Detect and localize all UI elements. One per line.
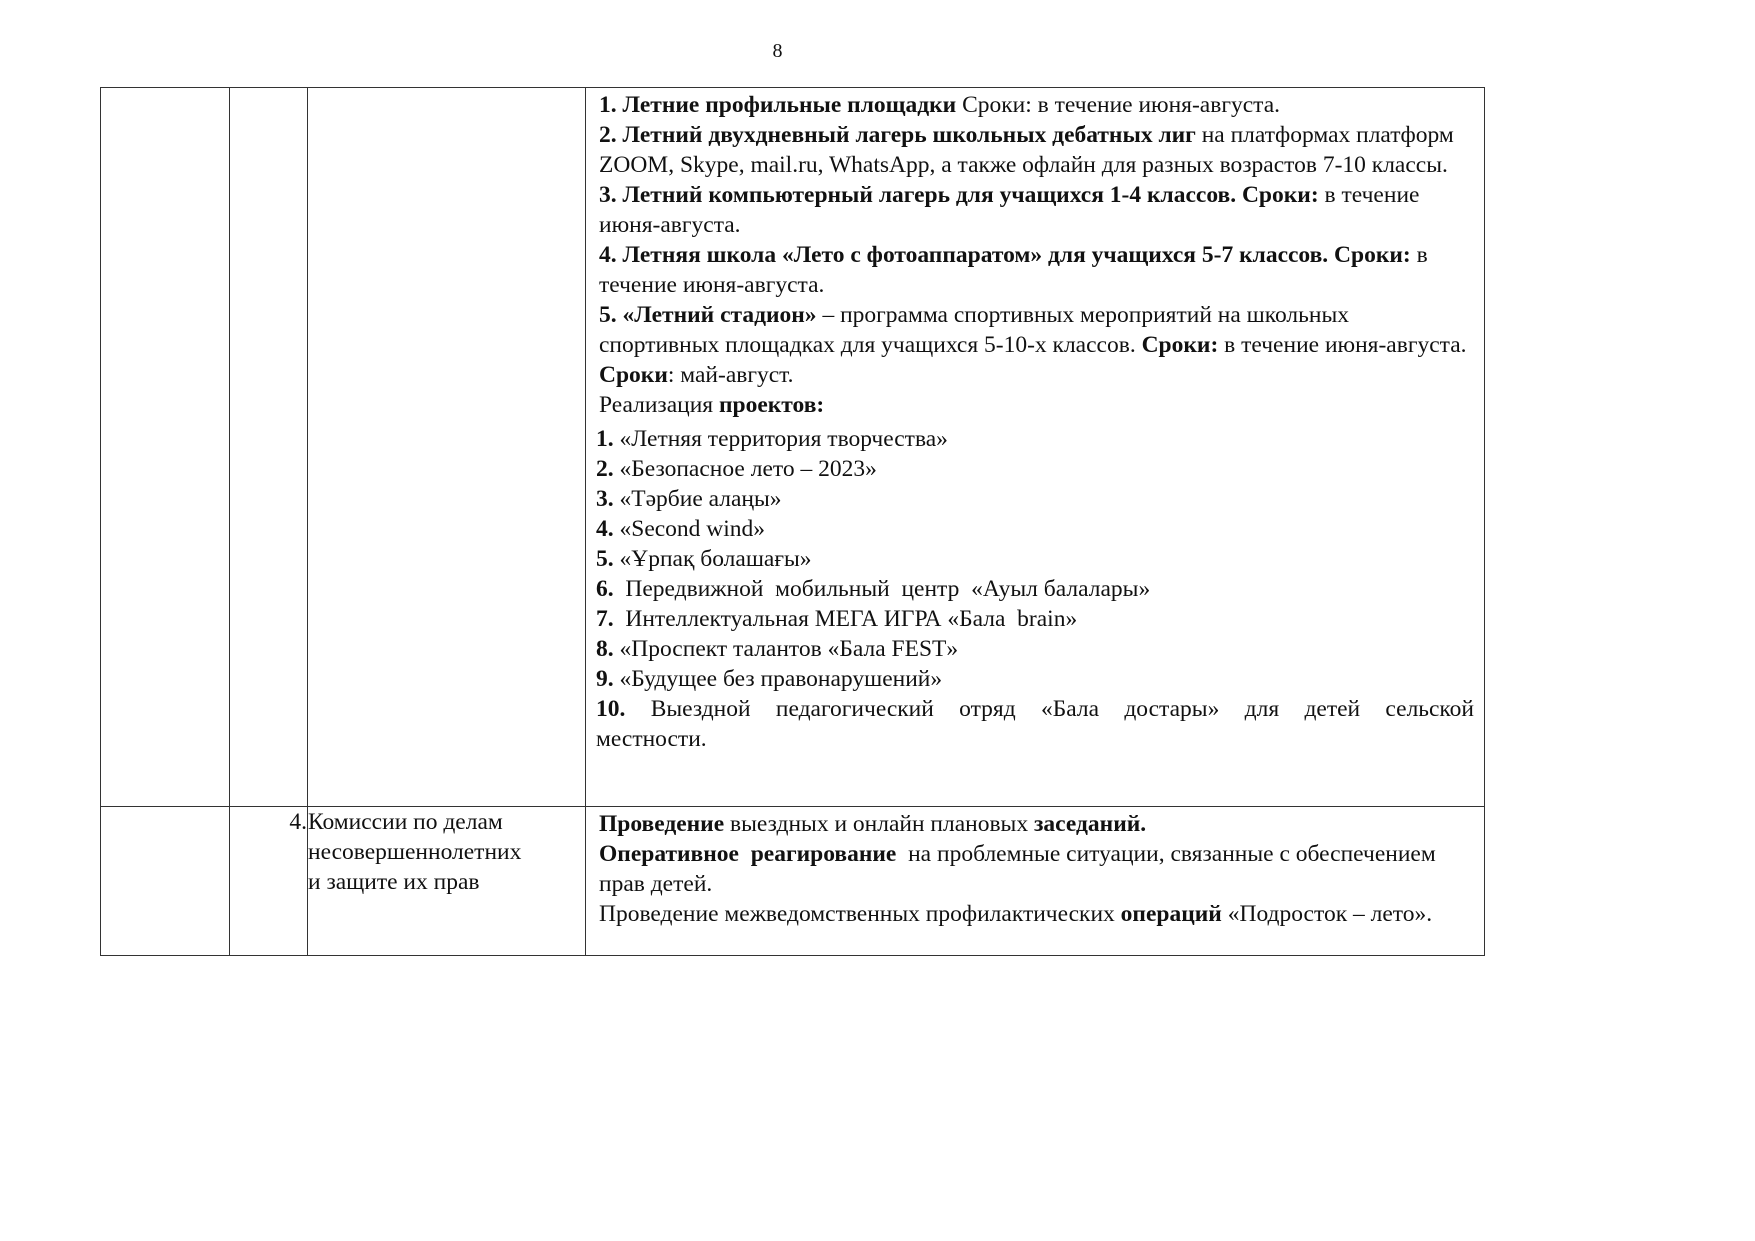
activities-table: 1. Летние профильные площадки Сроки: в т… — [100, 87, 1485, 956]
project-item: 4. «Second wind» — [596, 514, 1474, 544]
project-item: 8. «Проспект талантов «Бала FEST» — [596, 634, 1474, 664]
activity-text: «Подросток – лето». — [1222, 901, 1432, 927]
program-title: 4. Летняя школа «Лето с фотоаппаратом» д… — [599, 242, 1411, 268]
projects-intro-bold: проектов: — [719, 392, 824, 418]
program-terms-label: Сроки: — [1142, 332, 1219, 358]
program-text: Сроки: в течение июня-августа. — [956, 92, 1280, 118]
program-terms: в течение июня-августа. — [1218, 332, 1466, 358]
project-item: 10. Выездной педагогический отряд «Бала … — [596, 694, 1474, 754]
program-item: 3. Летний компьютерный лагерь для учащих… — [599, 180, 1474, 240]
table-row: 4. Комиссии по делам несовершеннолетних … — [101, 807, 1485, 956]
page-number: 8 — [0, 40, 1555, 63]
project-title: «Тәрбие алаңы» — [614, 486, 782, 512]
project-title: «Проспект талантов «Бала FEST» — [614, 636, 959, 662]
activity-bold: Проведение — [599, 811, 724, 837]
empty-cell — [101, 807, 230, 956]
programs-content: 1. Летние профильные площадки Сроки: в т… — [586, 88, 1484, 422]
project-title: Интеллектуальная МЕГА ИГРА «Бала brain» — [614, 606, 1078, 632]
project-title-cont: местности. — [596, 724, 1474, 754]
project-number: 10. — [596, 696, 625, 722]
project-title: «Летняя территория творчества» — [614, 426, 948, 452]
project-item: 5. «Ұрпақ болашағы» — [596, 544, 1474, 574]
activity-text: выездных и онлайн плановых — [724, 811, 1034, 837]
project-title: «Ұрпақ болашағы» — [614, 546, 812, 572]
activity-item: Оперативное реагирование на проблемные с… — [599, 839, 1474, 899]
project-title: Передвижной мобильный центр «Ауыл балала… — [614, 576, 1151, 602]
project-item: 9. «Будущее без правонарушений» — [596, 664, 1474, 694]
program-item: 4. Летняя школа «Лето с фотоаппаратом» д… — [599, 240, 1474, 300]
empty-cell — [230, 88, 308, 807]
program-title: 3. Летний компьютерный лагерь для учащих… — [599, 182, 1319, 208]
program-title: 1. Летние профильные площадки — [599, 92, 956, 118]
project-number: 2. — [596, 456, 614, 482]
activity-item: Проведение выездных и онлайн плановых за… — [599, 809, 1474, 839]
program-item: 1. Летние профильные площадки Сроки: в т… — [599, 90, 1474, 120]
row-number: 4. — [230, 807, 308, 956]
projects-intro-text: Реализация — [599, 392, 719, 418]
project-number: 8. — [596, 636, 614, 662]
table-row: 1. Летние профильные площадки Сроки: в т… — [101, 88, 1485, 807]
project-number: 6. — [596, 576, 614, 602]
organization-line: и защите их прав — [308, 867, 585, 897]
project-number: 5. — [596, 546, 614, 572]
activity-bold: заседаний. — [1034, 811, 1146, 837]
project-item: 3. «Тәрбие алаңы» — [596, 484, 1474, 514]
activities-content: Проведение выездных и онлайн плановых за… — [586, 807, 1484, 931]
program-title: 5. «Летний стадион» — [599, 302, 817, 328]
project-number: 7. — [596, 606, 614, 632]
activity-text: Проведение межведомственных профилактиче… — [599, 901, 1121, 927]
activities-cell: Проведение выездных и онлайн плановых за… — [586, 807, 1485, 956]
empty-cell — [308, 88, 586, 807]
project-item: 7. Интеллектуальная МЕГА ИГРА «Бала brai… — [596, 604, 1474, 634]
activity-item: Проведение межведомственных профилактиче… — [599, 899, 1474, 929]
program-item: 5. «Летний стадион» – программа спортивн… — [599, 300, 1474, 360]
terms-line: Сроки: май-август. — [599, 360, 1474, 390]
project-title: «Безопасное лето – 2023» — [614, 456, 877, 482]
project-line: 10. Выездной педагогический отряд «Бала … — [596, 694, 1474, 724]
activity-bold: Оперативное реагирование — [599, 841, 896, 867]
project-item: 1. «Летняя территория творчества» — [596, 424, 1474, 454]
programs-cell: 1. Летние профильные площадки Сроки: в т… — [586, 88, 1485, 807]
terms-label: Сроки — [599, 362, 668, 388]
project-title: Выездной педагогический отряд «Бала дост… — [625, 696, 1474, 722]
project-title: «Будущее без правонарушений» — [614, 666, 943, 692]
terms-value: : май-август. — [668, 362, 794, 388]
organization-line: несовершеннолетних — [308, 837, 585, 867]
program-title: 2. Летний двухдневный лагерь школьных де… — [599, 122, 1196, 148]
projects-list: 1. «Летняя территория творчества» 2. «Бе… — [586, 422, 1484, 756]
project-number: 1. — [596, 426, 614, 452]
project-number: 4. — [596, 516, 614, 542]
project-item: 2. «Безопасное лето – 2023» — [596, 454, 1474, 484]
activity-bold: операций — [1121, 901, 1222, 927]
empty-cell — [101, 88, 230, 807]
organization-cell: Комиссии по делам несовершеннолетних и з… — [308, 807, 586, 956]
program-item: 2. Летний двухдневный лагерь школьных де… — [599, 120, 1474, 180]
project-number: 3. — [596, 486, 614, 512]
organization-line: Комиссии по делам — [308, 807, 585, 837]
project-item: 6. Передвижной мобильный центр «Ауыл бал… — [596, 574, 1474, 604]
project-title: «Second wind» — [614, 516, 765, 542]
projects-intro: Реализация проектов: — [599, 390, 1474, 420]
project-number: 9. — [596, 666, 614, 692]
